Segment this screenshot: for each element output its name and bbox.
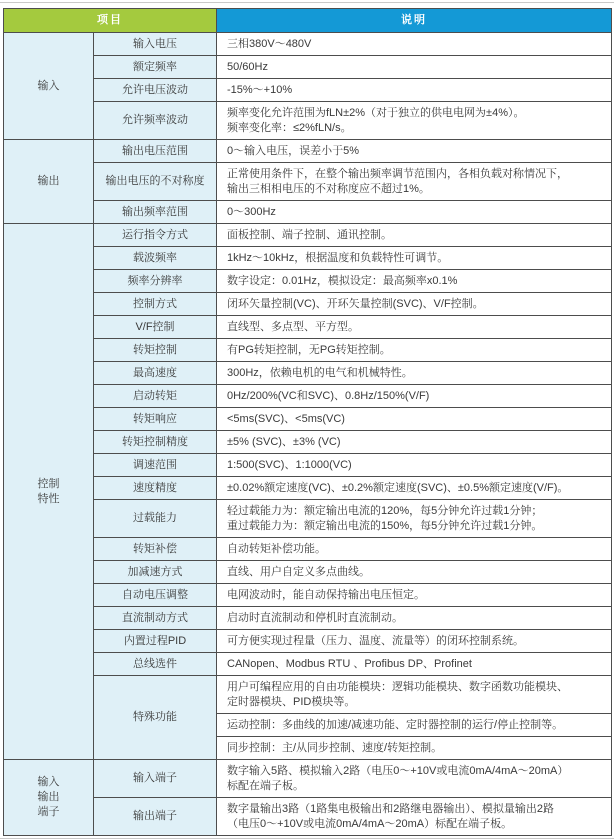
desc-cell: 面板控制、端子控制、通讯控制。 [217,224,612,247]
item-cell: 载波频率 [94,247,217,270]
table-row: 加减速方式 直线、用户自定义多点曲线。 [4,561,612,584]
table-row: 输入 输入电压 三相380V～480V [4,33,612,56]
table-row: 自动电压调整 电网波动时，能自动保持输出电压恒定。 [4,584,612,607]
desc-cell: ±0.02%额定速度(VC)、±0.2%额定速度(SVC)、±0.5%额定速度(… [217,477,612,500]
desc-cell: 启动时直流制动和停机时直流制动。 [217,607,612,630]
table-row: 允许电压波动 -15%～+10% [4,79,612,102]
item-cell: 内置过程PID [94,630,217,653]
item-cell: 过载能力 [94,500,217,538]
desc-cell: 1kHz～10kHz，根据温度和负载特性可调节。 [217,247,612,270]
item-cell: 输出电压的不对称度 [94,163,217,201]
column-header-item: 项目 [4,9,217,33]
desc-cell: 电网波动时，能自动保持输出电压恒定。 [217,584,612,607]
item-cell: 调速范围 [94,454,217,477]
table-row: 输入 输出 端子 输入端子 数字输入5路、模拟输入2路（电压0～+10V或电流0… [4,760,612,798]
item-cell: 最高速度 [94,362,217,385]
desc-cell: 轻过载能力为：额定输出电流的120%，每5分钟允许过载1分钟； 重过载能力为：额… [217,500,612,538]
item-cell: 自动电压调整 [94,584,217,607]
table-row: 直流制动方式 启动时直流制动和停机时直流制动。 [4,607,612,630]
item-cell: 输出电压范围 [94,140,217,163]
desc-cell: 用户可编程应用的自由功能模块：逻辑功能模块、数字函数功能模块、 定时器模块、PI… [217,676,612,714]
table-row: 额定频率 50/60Hz [4,56,612,79]
desc-cell: 0Hz/200%(VC和SVC)、0.8Hz/150%(V/F) [217,385,612,408]
table-row: 载波频率 1kHz～10kHz，根据温度和负载特性可调节。 [4,247,612,270]
item-cell: 输出端子 [94,798,217,836]
item-cell: 控制方式 [94,293,217,316]
item-cell-special-functions: 特殊功能 [94,676,217,760]
item-cell: 额定频率 [94,56,217,79]
desc-cell: 自动转矩补偿功能。 [217,538,612,561]
item-cell: 加减速方式 [94,561,217,584]
desc-cell: 数字输入5路、模拟输入2路（电压0～+10V或电流0mA/4mA～20mA） 标… [217,760,612,798]
table-row: 速度精度 ±0.02%额定速度(VC)、±0.2%额定速度(SVC)、±0.5%… [4,477,612,500]
spec-table-container: 项目 说明 输入 输入电压 三相380V～480V 额定频率 50/60Hz 允… [3,8,611,836]
table-header-row: 项目 说明 [4,9,612,33]
desc-cell: 1:500(SVC)、1:1000(VC) [217,454,612,477]
table-row: 转矩补偿 自动转矩补偿功能。 [4,538,612,561]
desc-cell: 数字量输出3路（1路集电极输出和2路继电器输出）、模拟量输出2路 （电压0～+1… [217,798,612,836]
desc-cell: CANopen、Modbus RTU 、Profibus DP、Profinet [217,653,612,676]
table-row: 转矩控制 有PG转矩控制，无PG转矩控制。 [4,339,612,362]
desc-cell: ±5% (SVC)、±3% (VC) [217,431,612,454]
table-row: 输出频率范围 0～300Hz [4,201,612,224]
desc-cell: 三相380V～480V [217,33,612,56]
item-cell: 输入电压 [94,33,217,56]
item-cell: 允许电压波动 [94,79,217,102]
item-cell: 输入端子 [94,760,217,798]
desc-cell: 数字设定：0.01Hz，模拟设定：最高频率x0.1% [217,270,612,293]
table-row: 过载能力 轻过载能力为：额定输出电流的120%，每5分钟允许过载1分钟； 重过载… [4,500,612,538]
table-row: 频率分辨率 数字设定：0.01Hz，模拟设定：最高频率x0.1% [4,270,612,293]
table-row: V/F控制 直线型、多点型、平方型。 [4,316,612,339]
table-row: 启动转矩 0Hz/200%(VC和SVC)、0.8Hz/150%(V/F) [4,385,612,408]
item-cell: 启动转矩 [94,385,217,408]
group-label-control: 控制 特性 [4,224,94,760]
table-row: 控制方式 闭环矢量控制(VC)、开环矢量控制(SVC)、V/F控制。 [4,293,612,316]
desc-cell: 闭环矢量控制(VC)、开环矢量控制(SVC)、V/F控制。 [217,293,612,316]
desc-cell: 50/60Hz [217,56,612,79]
item-cell: 转矩控制精度 [94,431,217,454]
desc-cell: 有PG转矩控制，无PG转矩控制。 [217,339,612,362]
item-cell: 运行指令方式 [94,224,217,247]
desc-cell: 直线、用户自定义多点曲线。 [217,561,612,584]
desc-cell: 0～300Hz [217,201,612,224]
page-top-divider [0,2,614,3]
item-cell: 输出频率范围 [94,201,217,224]
group-label-io-terminals: 输入 输出 端子 [4,760,94,836]
desc-cell: 可方便实现过程量（压力、温度、流量等）的闭环控制系统。 [217,630,612,653]
desc-cell: -15%～+10% [217,79,612,102]
desc-cell: 正常使用条件下，在整个输出频率调节范围内，各相负载对称情况下， 输出三相相电压的… [217,163,612,201]
item-cell: 总线选件 [94,653,217,676]
table-row: 转矩控制精度 ±5% (SVC)、±3% (VC) [4,431,612,454]
table-row: 内置过程PID 可方便实现过程量（压力、温度、流量等）的闭环控制系统。 [4,630,612,653]
group-label-output: 输出 [4,140,94,224]
item-cell: 转矩响应 [94,408,217,431]
column-header-desc: 说明 [217,9,612,33]
desc-cell: <5ms(SVC)、<5ms(VC) [217,408,612,431]
item-cell: 转矩补偿 [94,538,217,561]
table-row: 最高速度 300Hz，依赖电机的电气和机械特性。 [4,362,612,385]
item-cell: V/F控制 [94,316,217,339]
page-bottom-divider [0,838,614,839]
desc-cell: 直线型、多点型、平方型。 [217,316,612,339]
desc-cell: 300Hz，依赖电机的电气和机械特性。 [217,362,612,385]
table-row: 调速范围 1:500(SVC)、1:1000(VC) [4,454,612,477]
table-row: 总线选件 CANopen、Modbus RTU 、Profibus DP、Pro… [4,653,612,676]
spec-table: 项目 说明 输入 输入电压 三相380V～480V 额定频率 50/60Hz 允… [3,8,612,836]
desc-cell: 频率变化允许范围为fLN±2%（对于独立的供电电网为±4%）。 频率变化率：≤2… [217,102,612,140]
item-cell: 直流制动方式 [94,607,217,630]
table-row: 允许频率波动 频率变化允许范围为fLN±2%（对于独立的供电电网为±4%）。 频… [4,102,612,140]
table-row: 输出端子 数字量输出3路（1路集电极输出和2路继电器输出）、模拟量输出2路 （电… [4,798,612,836]
group-label-input: 输入 [4,33,94,140]
table-row: 输出电压的不对称度 正常使用条件下，在整个输出频率调节范围内，各相负载对称情况下… [4,163,612,201]
desc-cell: 同步控制：主/从同步控制、速度/转矩控制。 [217,737,612,760]
item-cell: 速度精度 [94,477,217,500]
item-cell: 频率分辨率 [94,270,217,293]
table-row: 输出 输出电压范围 0～输入电压，误差小于5% [4,140,612,163]
table-row: 控制 特性 运行指令方式 面板控制、端子控制、通讯控制。 [4,224,612,247]
table-row: 转矩响应 <5ms(SVC)、<5ms(VC) [4,408,612,431]
table-row: 特殊功能 用户可编程应用的自由功能模块：逻辑功能模块、数字函数功能模块、 定时器… [4,676,612,714]
desc-cell: 0～输入电压，误差小于5% [217,140,612,163]
item-cell: 允许频率波动 [94,102,217,140]
item-cell: 转矩控制 [94,339,217,362]
desc-cell: 运动控制：多曲线的加速/减速功能、定时器控制的运行/停止控制等。 [217,714,612,737]
